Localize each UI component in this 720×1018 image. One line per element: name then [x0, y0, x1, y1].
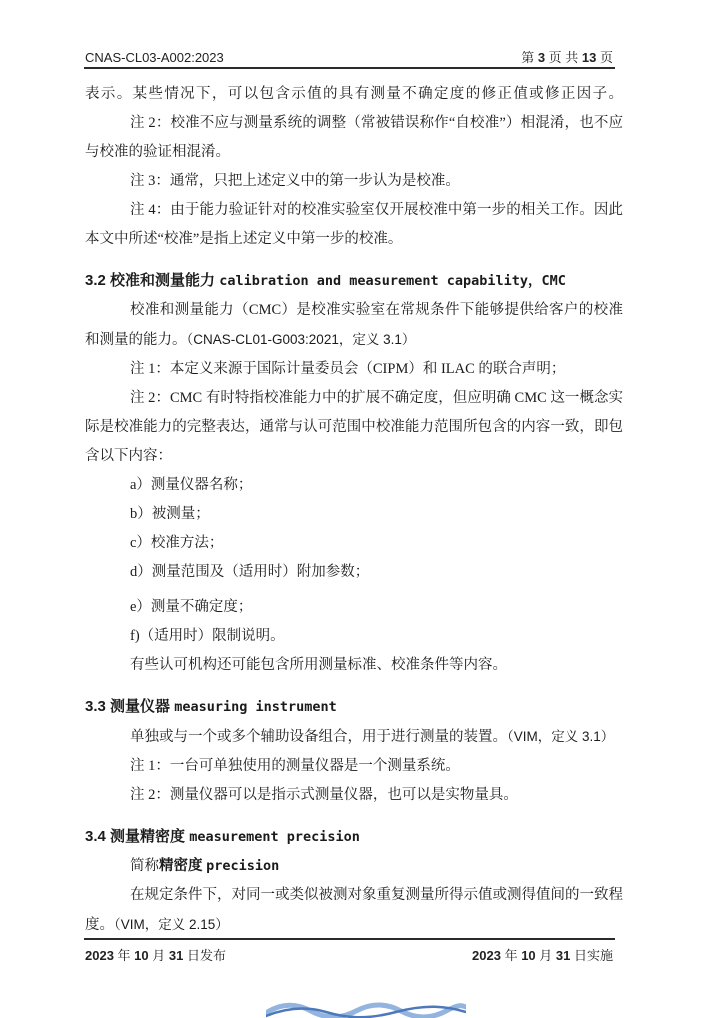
page-footer: 2023 年 10 月 31 日发布 2023 年 10 月 31 日实施: [85, 945, 613, 964]
text-run: 页 共: [545, 50, 582, 65]
document-body: 表示。某些情况下，可以包含示值的具有测量不确定度的修正值或修正因子。注 2：校准…: [85, 80, 623, 940]
text-run: 注 2：校准不应与测量系统的调整（常被错误称作“自校准”）相混淆，也不应与校准的…: [85, 115, 623, 160]
note-3-calibration: 注 3：通常，只把上述定义中的第一步认为是校准。: [85, 167, 623, 196]
text-run: 2023: [85, 948, 114, 963]
note-2-cmc: 注 2：CMC 有时特指校准能力中的扩展不确定度，但应明确 CMC 这一概念实际…: [85, 384, 623, 471]
para-other-accreditation: 有些认可机构还可能包含所用测量标准、校准条件等内容。: [85, 651, 623, 680]
text-run: measurement precision: [189, 829, 360, 845]
text-run: 单独或与一个或多个辅助设备组合，用于进行测量的装置。: [130, 729, 507, 745]
text-run: 年: [501, 948, 521, 963]
page-indicator: 第 3 页 共 13 页: [521, 47, 613, 66]
text-run: 简称: [130, 858, 159, 874]
para-cmc-definition: 校准和测量能力（CMC）是校准实验室在常规条件下能够提供给客户的校准和测量的能力…: [85, 296, 623, 355]
list-item-b: b）被测量；: [85, 500, 623, 529]
document-number: CNAS-CL03-A002:2023: [85, 50, 224, 65]
text-run: （VIM，定义 3.1）: [507, 729, 614, 744]
text-run: 3.3 测量仪器: [85, 698, 174, 715]
para-precision-definition: 在规定条件下，对同一或类似被测对象重复测量所得示值或测得值间的一致程度。（VIM…: [85, 881, 623, 940]
text-run: （VIM，定义 2.15）: [114, 917, 229, 932]
para-instrument-definition: 单独或与一个或多个辅助设备组合，用于进行测量的装置。（VIM，定义 3.1）: [85, 722, 623, 752]
text-run: 第: [521, 50, 538, 65]
list-item-e: e）测量不确定度；: [85, 593, 623, 622]
text-run: 注 4：由于能力验证针对的校准实验室仅开展校准中第一步的相关工作。因此本文中所述…: [85, 202, 623, 247]
text-run: 月: [149, 948, 169, 963]
text-run: precision: [206, 858, 279, 874]
text-run: 有些认可机构还可能包含所用测量标准、校准条件等内容。: [130, 657, 507, 673]
note-1-instrument: 注 1：一台可单独使用的测量仪器是一个测量系统。: [85, 752, 623, 781]
text-run: 精密度: [159, 858, 206, 874]
heading-3-4: 3.4 测量精密度 measurement precision: [85, 822, 623, 852]
note-2-instrument: 注 2：测量仪器可以是指示式测量仪器，也可以是实物量具。: [85, 781, 623, 810]
text-run: 月: [536, 948, 556, 963]
page-header: CNAS-CL03-A002:2023 第 3 页 共 13 页: [85, 47, 613, 66]
text-run: 注 2：CMC 有时特指校准能力中的扩展不确定度，但应明确 CMC 这一概念实际…: [85, 390, 623, 464]
list-item-a: a）测量仪器名称；: [85, 471, 623, 500]
text-run: 注 1：一台可单独使用的测量仪器是一个测量系统。: [130, 758, 460, 774]
header-divider: [84, 67, 615, 69]
implementation-date: 2023 年 10 月 31 日实施: [472, 945, 613, 964]
text-run: 31: [169, 948, 183, 963]
text-run: 注 1：本定义来源于国际计量委员会（CIPM）和 ILAC 的联合声明；: [130, 361, 565, 377]
note-1-cmc: 注 1：本定义来源于国际计量委员会（CIPM）和 ILAC 的联合声明；: [85, 355, 623, 384]
document-page: CNAS-CL03-A002:2023 第 3 页 共 13 页 表示。某些情况…: [0, 0, 720, 1018]
text-run: 3.4 测量精密度: [85, 828, 189, 845]
text-run: 注 2：测量仪器可以是指示式测量仪器，也可以是实物量具。: [130, 787, 518, 803]
list-item-f: f)（适用时）限制说明。: [85, 622, 623, 651]
text-run: 日发布: [183, 948, 226, 963]
heading-3-2: 3.2 校准和测量能力 calibration and measurement …: [85, 266, 623, 296]
text-run: measuring instrument: [174, 699, 337, 715]
text-run: 页: [596, 50, 613, 65]
list-item-c: c）校准方法；: [85, 529, 623, 558]
subheading-precision: 简称精密度 precision: [85, 852, 623, 881]
text-run: d）测量范围及（适用时）附加参数；: [130, 564, 369, 580]
text-run: 表示。某些情况下，可以包含示值的具有测量不确定度的修正值或修正因子。: [85, 86, 623, 102]
note-2-calibration: 注 2：校准不应与测量系统的调整（常被错误称作“自校准”）相混淆，也不应与校准的…: [85, 109, 623, 167]
text-run: 13: [582, 50, 596, 65]
text-run: 日实施: [570, 948, 613, 963]
note-4-calibration: 注 4：由于能力验证针对的校准实验室仅开展校准中第一步的相关工作。因此本文中所述…: [85, 196, 623, 254]
text-run: calibration and measurement capability，C…: [219, 273, 566, 289]
text-run: 10: [521, 948, 535, 963]
wave-decoration: [266, 1000, 466, 1018]
issue-date: 2023 年 10 月 31 日发布: [85, 945, 226, 964]
text-run: 3: [538, 50, 545, 65]
heading-3-3: 3.3 测量仪器 measuring instrument: [85, 692, 623, 722]
text-run: f)（适用时）限制说明。: [130, 628, 285, 644]
text-run: 3.2 校准和测量能力: [85, 272, 219, 289]
text-run: 10: [134, 948, 148, 963]
text-run: b）被测量；: [130, 506, 210, 522]
text-run: c）校准方法；: [130, 535, 223, 551]
text-run: （CNAS-CL01-G003:2021，定义 3.1）: [187, 332, 416, 347]
list-item-d: d）测量范围及（适用时）附加参数；: [85, 558, 623, 587]
body-continuation: 表示。某些情况下，可以包含示值的具有测量不确定度的修正值或修正因子。: [85, 80, 623, 109]
text-run: 2023: [472, 948, 501, 963]
text-run: 注 3：通常，只把上述定义中的第一步认为是校准。: [130, 173, 460, 189]
text-run: 年: [114, 948, 134, 963]
text-run: e）测量不确定度；: [130, 599, 252, 615]
footer-divider: [84, 938, 615, 940]
text-run: 31: [556, 948, 570, 963]
text-run: a）测量仪器名称；: [130, 477, 252, 493]
